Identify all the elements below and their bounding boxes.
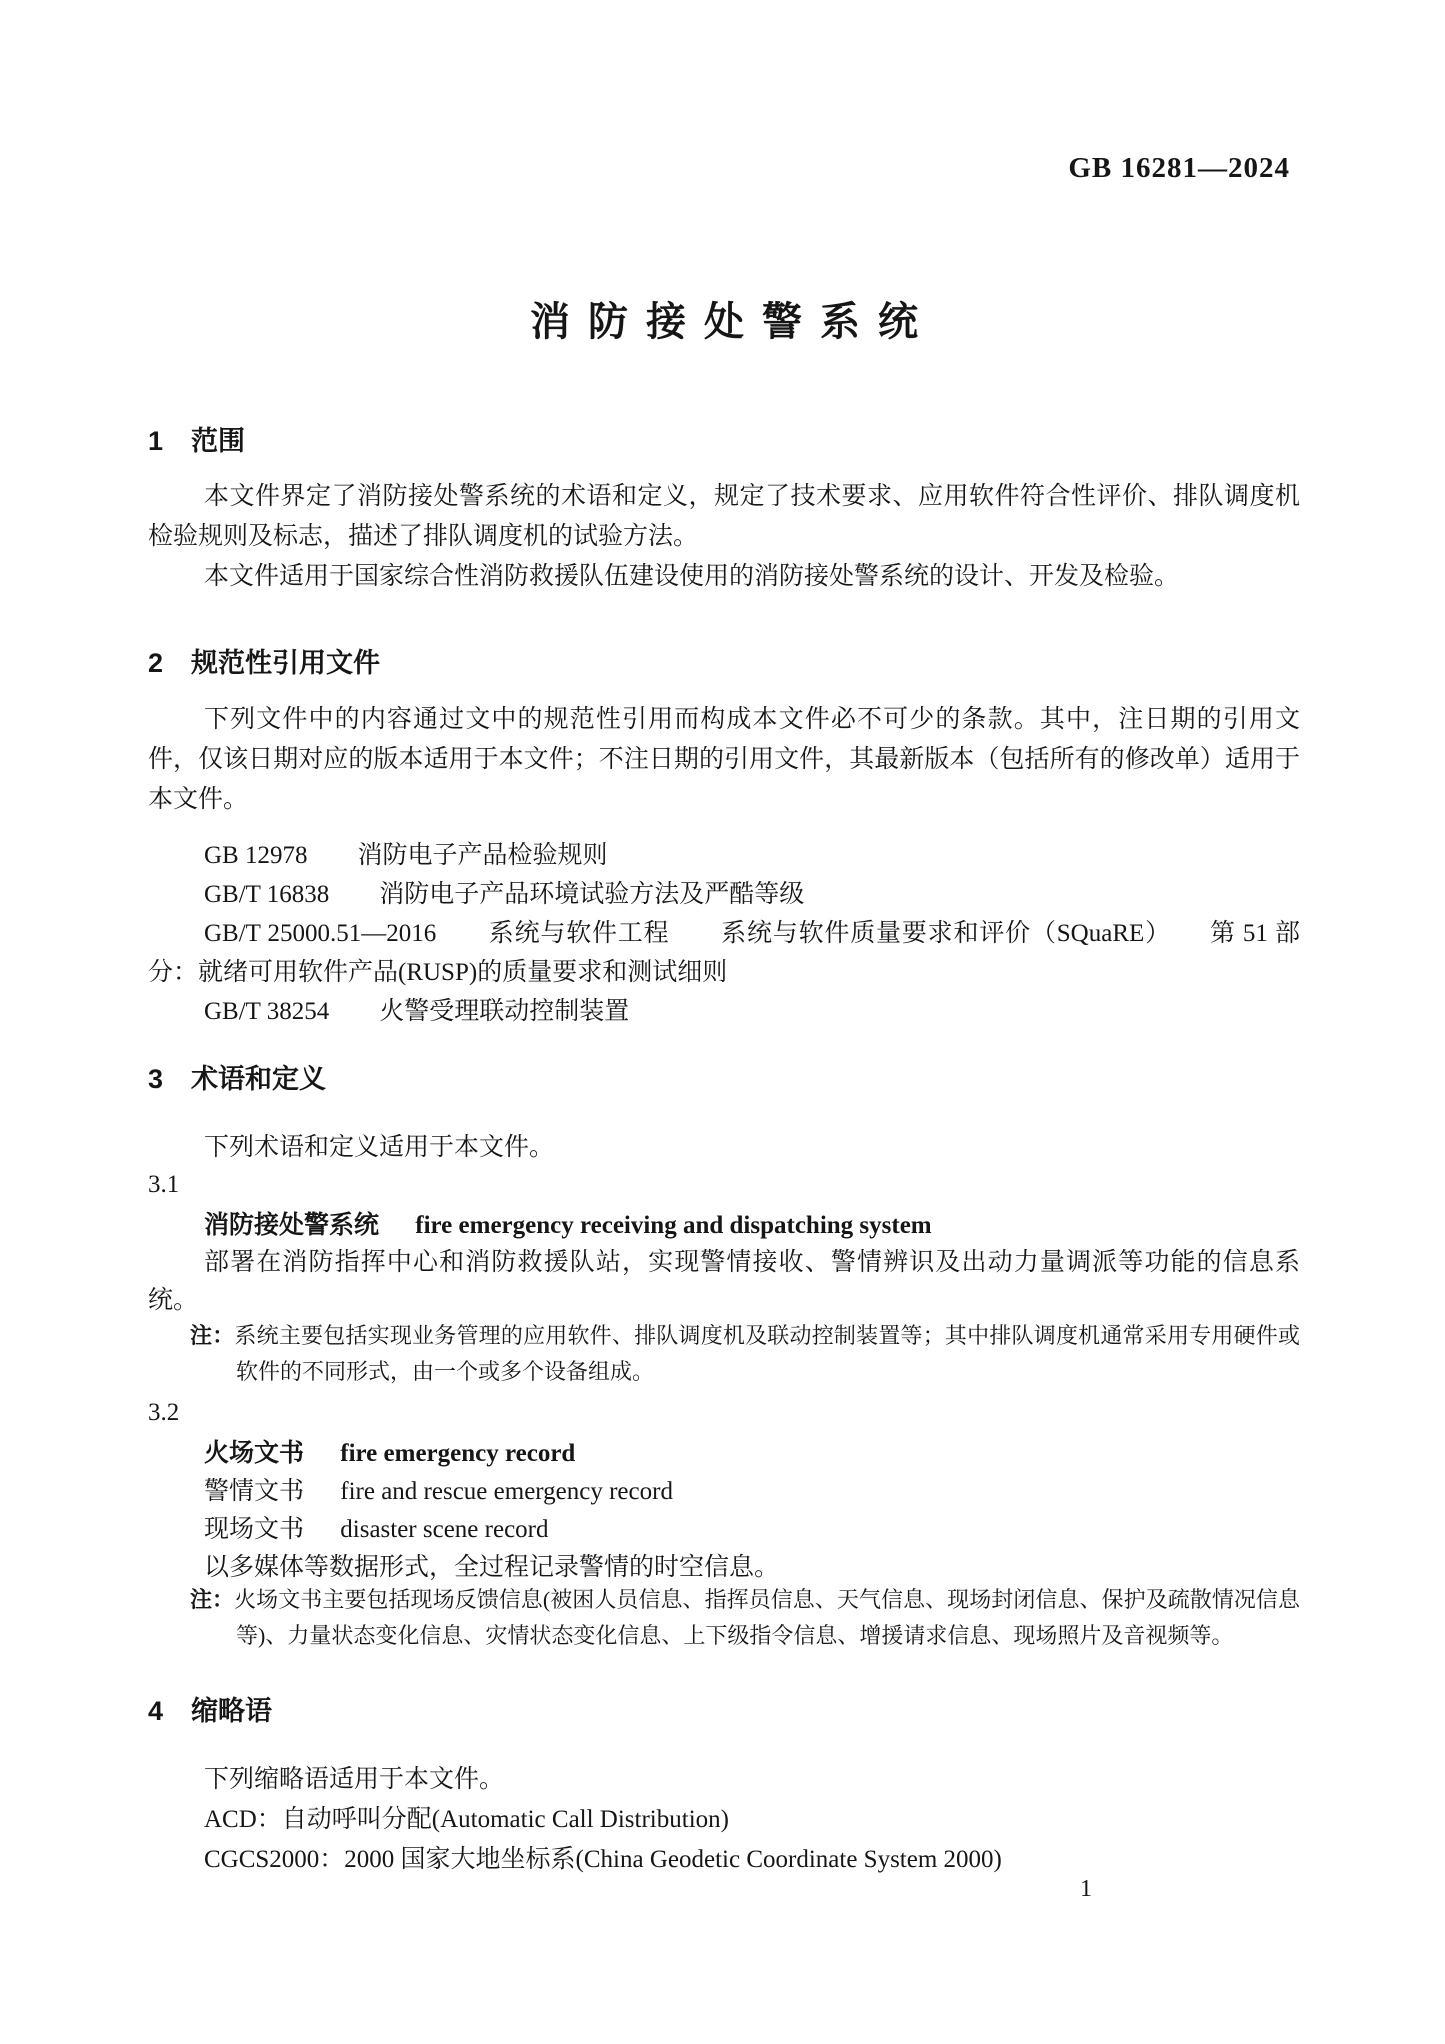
- terms-intro: 下列术语和定义适用于本文件。: [148, 1128, 1300, 1168]
- scope-paragraph-2: 本文件适用于国家综合性消防救援队伍建设使用的消防接处警系统的设计、开发及检验。: [148, 557, 1300, 597]
- term-english: disaster scene record: [340, 1516, 548, 1543]
- scope-paragraph-1: 本文件界定了消防接处警系统的术语和定义，规定了技术要求、应用软件符合性评价、排队…: [148, 477, 1300, 557]
- clause-id-3-1: 3.1: [148, 1168, 1300, 1202]
- term-definition: 部署在消防指挥中心和消防救援队站，实现警情接收、警情辨识及出动力量调派等功能的信…: [148, 1244, 1300, 1320]
- section-title: 术语和定义: [191, 1062, 326, 1096]
- term-english: fire and rescue emergency record: [340, 1478, 673, 1505]
- reference-entry: GB/T 38254 火警受理联动控制装置: [148, 992, 1300, 1031]
- term-preferred: 火场文书 fire emergency record: [148, 1434, 1300, 1473]
- note-text: 火场文书主要包括现场反馈信息(被困人员信息、指挥员信息、天气信息、现场封闭信息、…: [234, 1587, 1300, 1648]
- abbreviations-body: 下列缩略语适用于本文件。 ACD：自动呼叫分配(Automatic Call D…: [148, 1760, 1300, 1880]
- normative-refs-paragraph: 下列文件中的内容通过文中的规范性引用而构成本文件必不可少的条款。其中，注日期的引…: [148, 700, 1300, 820]
- section-title: 缩略语: [191, 1694, 272, 1728]
- normative-refs-list: GB 12978 消防电子产品检验规则 GB/T 16838 消防电子产品环境试…: [148, 836, 1300, 1031]
- clause-id-3-2: 3.2: [148, 1396, 1300, 1430]
- term-english: fire emergency receiving and dispatching…: [415, 1212, 931, 1239]
- standard-number: GB 16281—2024: [1068, 152, 1290, 185]
- term-chinese: 消防接处警系统: [204, 1211, 379, 1239]
- term-entry-3-2: 火场文书 fire emergency record 警情文书 fire and…: [148, 1434, 1300, 1587]
- section-heading-normative-refs: 2 规范性引用文件: [148, 646, 380, 680]
- term-3-1-definition-block: 部署在消防指挥中心和消防救援队站，实现警情接收、警情辨识及出动力量调派等功能的信…: [148, 1244, 1300, 1320]
- terms-intro-paragraph: 下列术语和定义适用于本文件。: [148, 1128, 1300, 1168]
- section-title: 规范性引用文件: [191, 646, 380, 680]
- section-number: 1: [148, 424, 163, 458]
- abbreviation-entry: CGCS2000：2000 国家大地坐标系(China Geodetic Coo…: [148, 1840, 1300, 1880]
- abbreviations-intro: 下列缩略语适用于本文件。: [148, 1760, 1300, 1800]
- term-admitted: 现场文书 disaster scene record: [148, 1511, 1300, 1549]
- section-heading-scope: 1 范围: [148, 424, 245, 458]
- term-note: 注：系统主要包括实现业务管理的应用软件、排队调度机及联动控制装置等；其中排队调度…: [190, 1318, 1300, 1390]
- reference-entry: GB/T 16838 消防电子产品环境试验方法及严酷等级: [148, 875, 1300, 914]
- section-title: 范围: [191, 424, 245, 458]
- abbreviation-entry: ACD：自动呼叫分配(Automatic Call Distribution): [148, 1800, 1300, 1840]
- section-number: 2: [148, 646, 163, 680]
- normative-refs-intro: 下列文件中的内容通过文中的规范性引用而构成本文件必不可少的条款。其中，注日期的引…: [148, 700, 1300, 820]
- section-heading-abbreviations: 4 缩略语: [148, 1694, 272, 1728]
- reference-entry: GB/T 25000.51—2016 系统与软件工程 系统与软件质量要求和评价（…: [148, 914, 1300, 992]
- term-english: fire emergency record: [340, 1440, 575, 1467]
- section-heading-terms: 3 术语和定义: [148, 1062, 326, 1096]
- note-label: 注：: [190, 1587, 234, 1612]
- page-number: 1: [1062, 1876, 1110, 1903]
- section-number: 4: [148, 1694, 163, 1728]
- term-3-1-note-block: 注：系统主要包括实现业务管理的应用软件、排队调度机及联动控制装置等；其中排队调度…: [148, 1318, 1300, 1390]
- note-text: 系统主要包括实现业务管理的应用软件、排队调度机及联动控制装置等；其中排队调度机通…: [234, 1323, 1300, 1384]
- term-admitted: 警情文书 fire and rescue emergency record: [148, 1473, 1300, 1511]
- section-number: 3: [148, 1062, 163, 1096]
- scope-body: 本文件界定了消防接处警系统的术语和定义，规定了技术要求、应用软件符合性评价、排队…: [148, 477, 1300, 597]
- term-chinese: 警情文书: [204, 1478, 304, 1505]
- term-chinese: 现场文书: [204, 1516, 304, 1543]
- term-chinese: 火场文书: [204, 1439, 304, 1467]
- reference-entry: GB 12978 消防电子产品检验规则: [148, 836, 1300, 875]
- note-label: 注：: [190, 1323, 234, 1348]
- term-note: 注：火场文书主要包括现场反馈信息(被困人员信息、指挥员信息、天气信息、现场封闭信…: [190, 1582, 1300, 1654]
- term-entry-3-1: 消防接处警系统 fire emergency receiving and dis…: [148, 1206, 1300, 1245]
- document-title: 消防接处警系统: [148, 290, 1300, 347]
- term-3-2-note-block: 注：火场文书主要包括现场反馈信息(被困人员信息、指挥员信息、天气信息、现场封闭信…: [148, 1582, 1300, 1654]
